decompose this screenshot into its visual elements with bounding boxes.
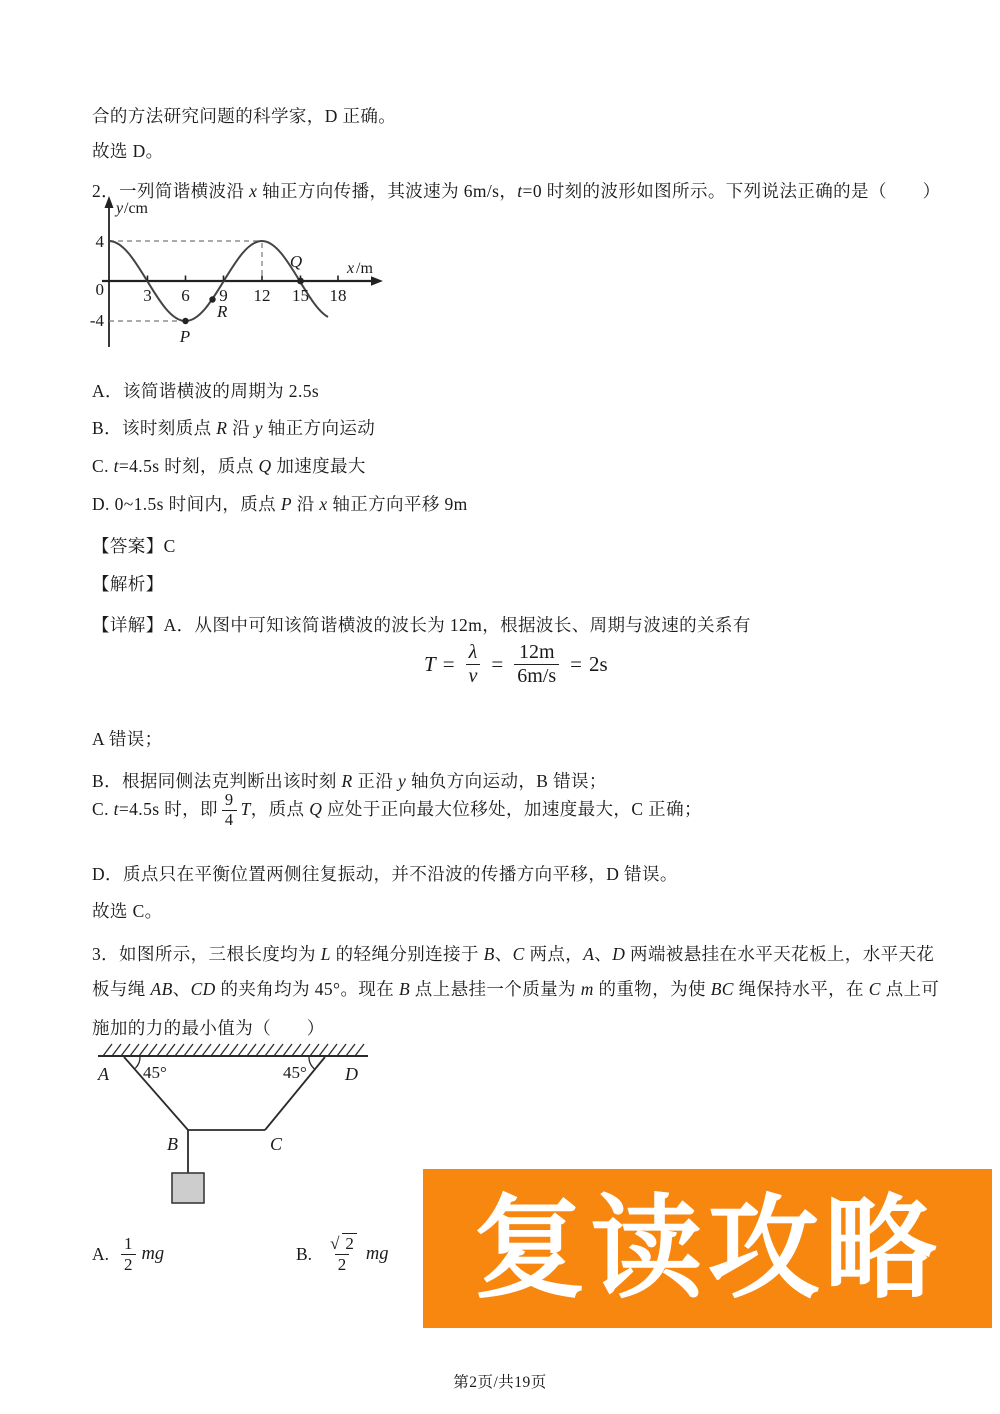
radical-sign: √ [327,1234,342,1253]
angle-arc-left [135,1056,140,1068]
point-q-label: Q [290,252,302,271]
ceiling-hatching [103,1044,364,1056]
x-axis-arrow-icon [371,276,383,286]
sqrt2-over-2-fraction: √2 2 [324,1234,360,1274]
q2-expl-a: A 错误； [92,729,163,751]
equals-sign: = [570,652,582,677]
q2-option-b: B．该时刻质点 R 沿 y 轴正方向运动 [92,418,375,440]
y-axis-label-var: y [114,200,124,217]
point-r-dot [209,296,215,302]
x-tick-3: 3 [143,286,152,305]
q2-option-d: D. 0~1.5s 时间内，质点 P 沿 x 轴正方向平移 9m [92,494,468,516]
x-tick-12: 12 [254,286,271,305]
wave-graph: 3 6 9 12 15 18 4 0 -4 y /cm x /m P R Q [90,195,410,355]
point-p-dot [182,318,188,324]
option-b-mg: mg [366,1244,389,1265]
fraction-numerator: λ [466,641,481,664]
option-b-label: B. [296,1244,312,1265]
prev-conclusion: 故选 D。 [92,141,164,163]
q2-option-c: C. t=4.5s 时刻，质点 Q 加速度最大 [92,456,366,478]
x-axis-label-unit: /m [356,260,373,277]
answer-label: 【答案】 [92,536,164,556]
period-formula: T = λ v = 12m 6m/s = 2s [424,641,608,688]
question-3-stem-line3: 施加的力的最小值为（ ） [92,1018,325,1040]
q2-detail: 【详解】A．从图中可知该简谐横波的波长为 12m，根据波长、周期与波速的关系有 [92,615,751,637]
fraction-denominator: 2 [335,1254,350,1275]
angle-left-label: 45° [143,1063,167,1082]
y-axis-label-unit: /cm [124,200,149,217]
fraction-numerator: 9 [222,791,237,810]
label-c: C [270,1134,283,1154]
y-tick-4: 4 [96,232,105,251]
fraction-denominator: v [466,664,481,688]
formula-lhs: T [424,652,436,677]
q2-expl-c: C. t=4.5s 时，即 9 4 T，质点 Q 应处于正向最大位移处，加速度最… [92,782,702,838]
y-tick-m4: -4 [90,311,105,330]
equals-sign: = [491,652,503,677]
fraction-denominator: 6m/s [514,664,559,688]
label-a: A [97,1064,110,1084]
answer-value: C [164,536,176,556]
fraction-denominator: 4 [222,810,237,830]
question-3-stem-line1: 3．如图所示，三根长度均为 L 的轻绳分别连接于 B、C 两点，A、D 两端被悬… [92,944,934,966]
angle-arc-right [309,1056,315,1069]
label-b: B [167,1134,178,1154]
fraction-numerator: 12m [516,641,558,664]
expl-c-pre: C. t=4.5s 时，即 [92,799,218,821]
angle-right-label: 45° [283,1063,307,1082]
exam-page: 合的方法研究问题的科学家，D 正确。 故选 D。 2．一列简谐横波沿 x 轴正方… [0,0,1000,1414]
x-axis-label-var: x [346,260,354,277]
q2-conclusion: 故选 C。 [92,901,163,923]
fraction-numerator: √2 [324,1234,360,1254]
q2-answer: 【答案】C [92,536,176,558]
radicand: 2 [342,1233,357,1253]
nine-quarters-fraction: 9 4 [222,791,237,830]
y-tick-0: 0 [96,280,105,299]
option-a-mg: mg [142,1244,165,1265]
one-half-fraction: 1 2 [121,1234,136,1274]
weight-block [172,1173,204,1203]
expl-c-post: T，质点 Q 应处于正向最大位移处，加速度最大，C 正确； [241,799,702,821]
formula-result: 2s [589,652,608,677]
watermark-text: 复读攻略 [474,1193,942,1305]
x-tick-18: 18 [330,286,347,305]
prev-solution-tail: 合的方法研究问题的科学家，D 正确。 [92,106,396,128]
y-axis-arrow-icon [105,196,114,208]
fraction-numerator: 1 [121,1234,136,1254]
fraction-denominator: 2 [121,1254,136,1275]
x-tick-6: 6 [181,286,190,305]
equals-sign: = [443,652,455,677]
lambda-over-v-fraction: λ v [466,641,481,688]
label-d: D [344,1064,358,1084]
option-a-label: A. [92,1244,109,1265]
page-footer: 第2页/共19页 [0,1370,1000,1392]
question-3-stem-line2: 板与绳 AB、CD 的夹角均为 45°。现在 B 点上悬挂一个质量为 m 的重物… [92,979,939,1001]
rope-diagram: A 45° 45° D B C [95,1040,385,1215]
q2-expl-d: D．质点只在平衡位置两侧往复振动，并不沿波的传播方向平移，D 错误。 [92,864,678,886]
point-r-label: R [216,302,228,321]
x-tick-15: 15 [292,286,309,305]
values-fraction: 12m 6m/s [514,641,559,688]
point-q-dot [297,278,304,285]
q2-option-a: A．该简谐横波的周期为 2.5s [92,381,319,403]
point-p-label: P [179,327,190,346]
q3-option-a: A. 1 2 mg [92,1230,164,1278]
q3-option-b: B. √2 2 mg [296,1230,389,1278]
q2-analysis-label: 【解析】 [92,574,164,596]
watermark-banner: 复读攻略 [423,1169,992,1328]
